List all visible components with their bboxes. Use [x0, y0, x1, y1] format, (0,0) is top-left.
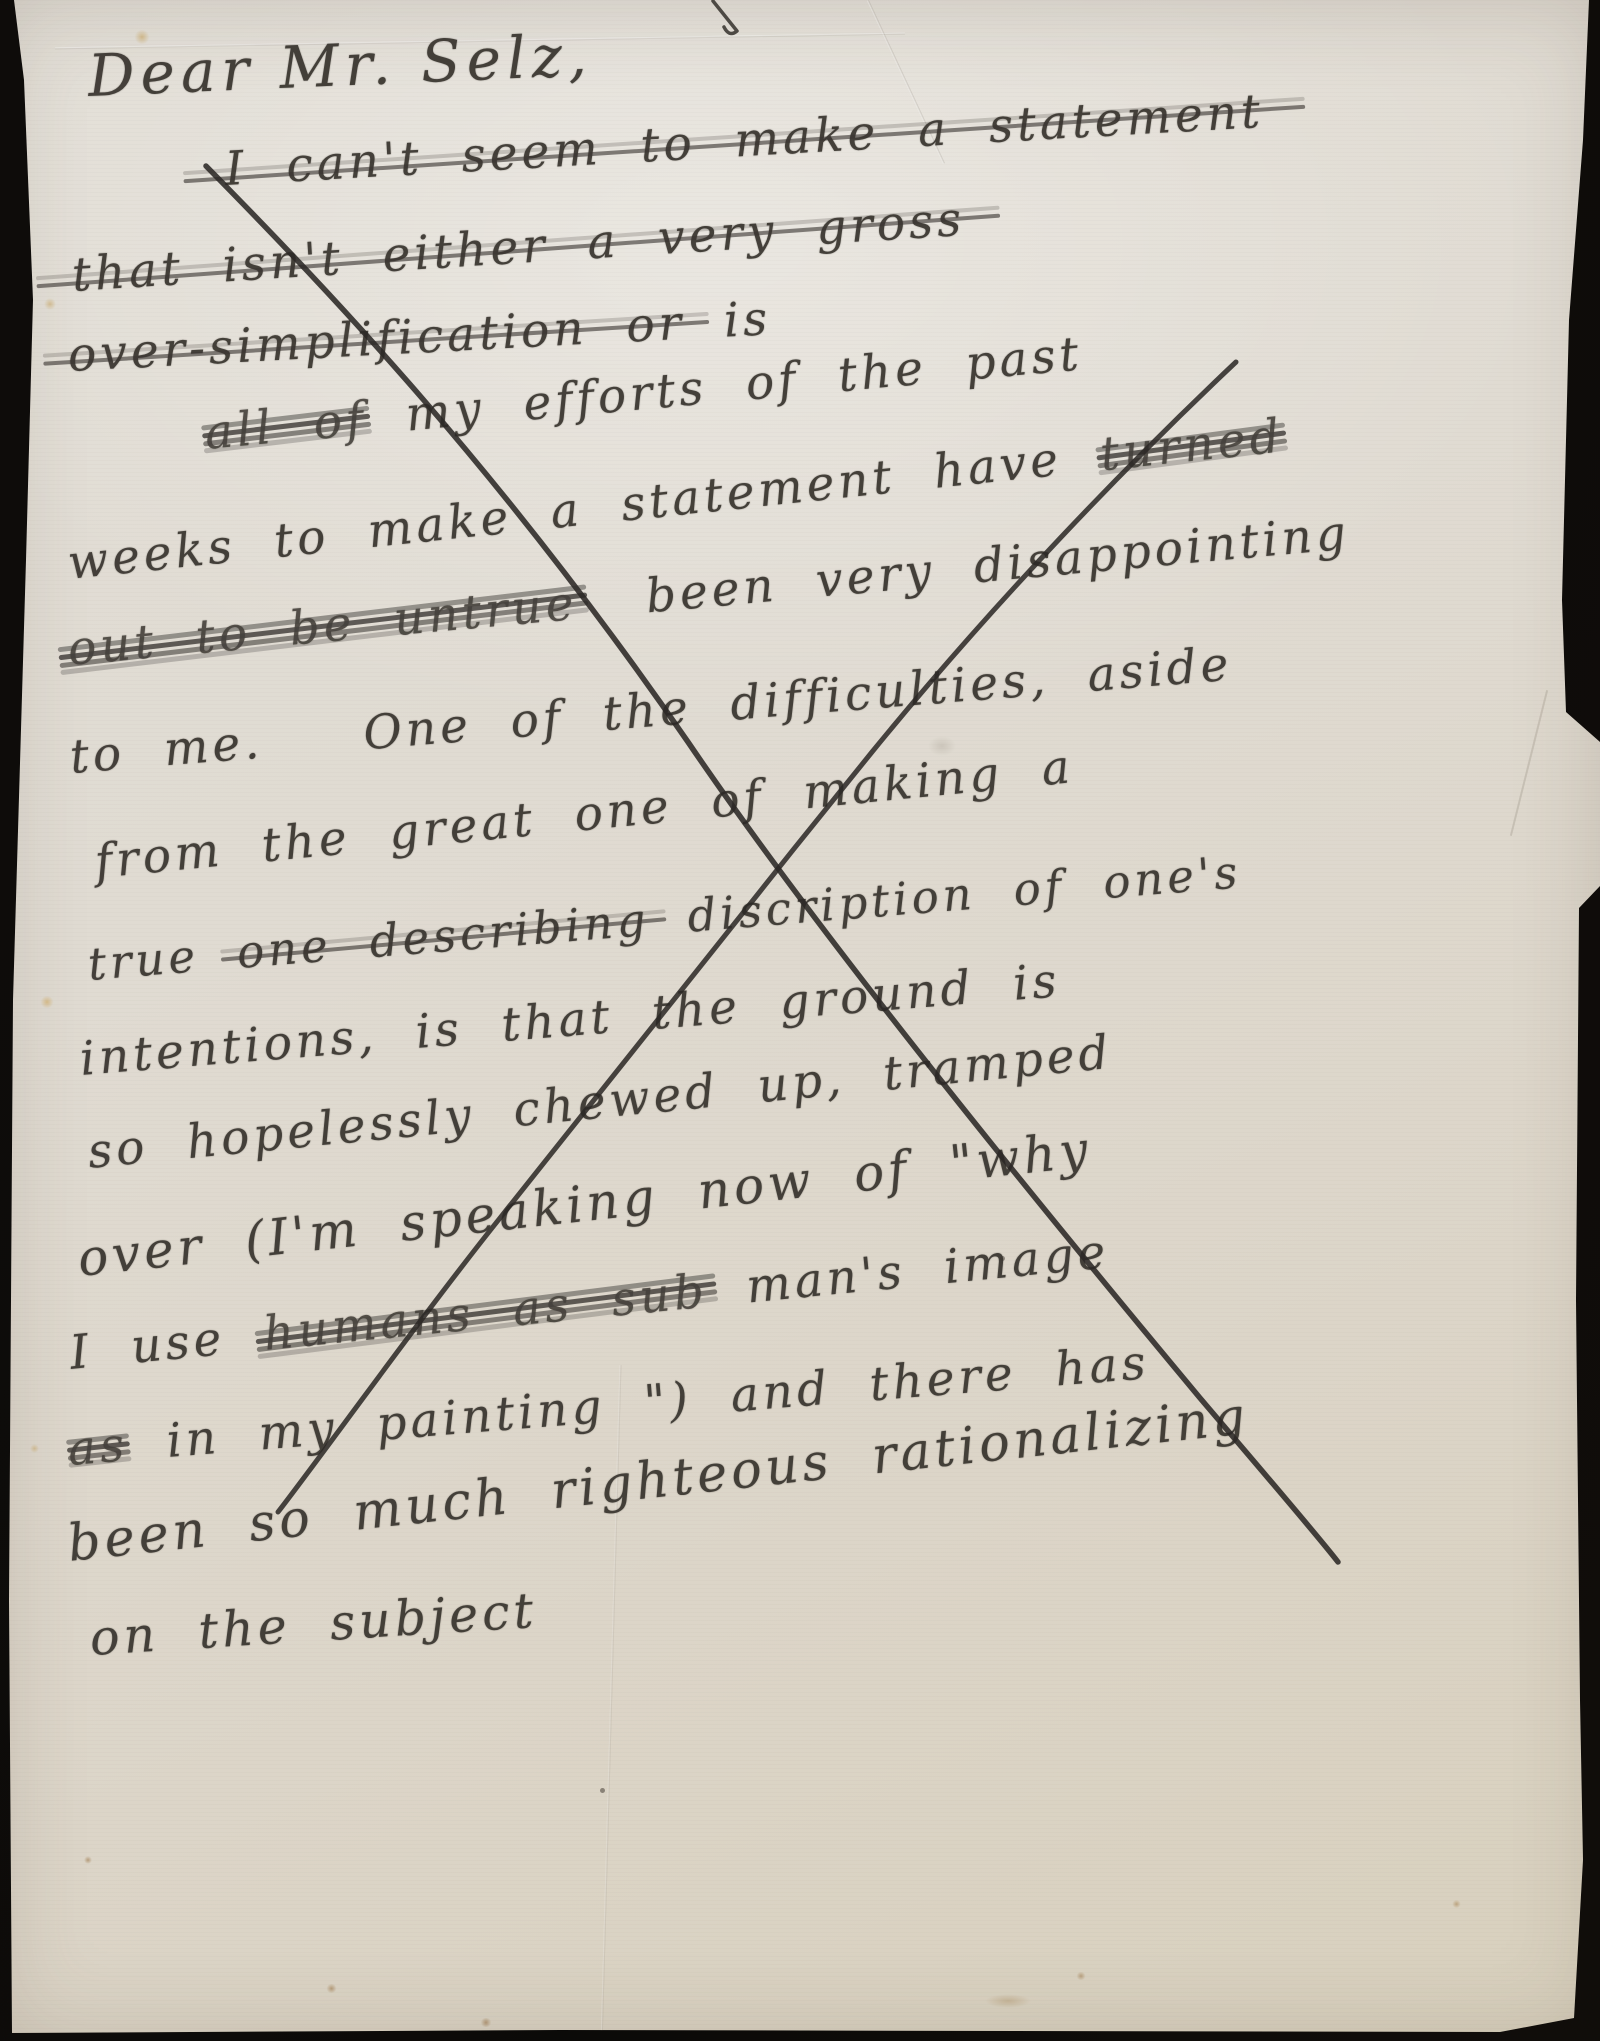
text-segment: man's image: [744, 1224, 1112, 1314]
crossed-out-text: humans as sub: [261, 1264, 710, 1362]
text-segment: true: [86, 929, 201, 991]
handwritten-line: I can't seem to make a statement: [223, 84, 1265, 197]
letter-paper: Dear Mr. Selz, I can't seem to make a st…: [0, 0, 1600, 2041]
crossed-out-text: that isn't either a very gross: [70, 192, 966, 303]
text-segment: to me.: [68, 715, 265, 785]
crossed-out-text: as: [66, 1417, 130, 1477]
handwritten-line: that isn't either a very gross: [70, 192, 966, 303]
crossed-out-text: all of: [203, 391, 370, 461]
crossed-out-text: out to be untrue: [66, 576, 580, 677]
crossed-out-text: I can't seem to make a statement: [223, 84, 1265, 197]
scanned-letter-page: Dear Mr. Selz, I can't seem to make a st…: [0, 0, 1600, 2041]
text-segment: been very disappointing: [643, 505, 1352, 624]
text-segment: I use: [67, 1311, 227, 1381]
text-segment: on the subject: [88, 1582, 539, 1667]
text-segment: One of the difficulties, aside: [361, 637, 1234, 762]
text-segment: is: [722, 291, 772, 348]
text-segment: discription of one's: [685, 845, 1243, 942]
handwritten-line: on the subject: [88, 1582, 539, 1667]
letter-body: I can't seem to make a statement that is…: [0, 0, 1600, 2041]
crossed-out-text: turned: [1098, 408, 1287, 482]
crossed-out-text: one describing: [235, 893, 652, 979]
